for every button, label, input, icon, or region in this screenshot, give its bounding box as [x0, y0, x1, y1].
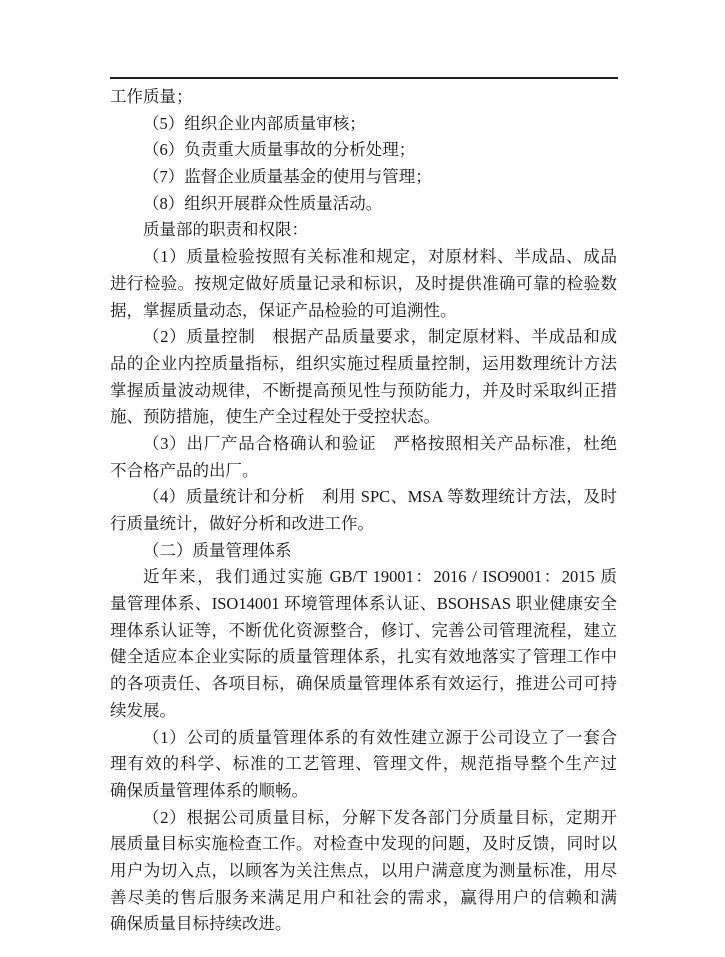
text-line: 掌握质量波动规律，不断提高预见性与预防能力，并及时采取纠正措	[110, 378, 617, 405]
text-line: （7）监督企业质量基金的使用与管理；	[110, 164, 617, 191]
text-line: （1）公司的质量管理体系的有效性建立源于公司设立了一套合	[110, 725, 617, 752]
text-line: 施、预防措施，使生产全过程处于受控状态。	[110, 404, 617, 431]
text-line: （3）出厂产品合格确认和验证 严格按照相关产品标准，杜绝	[110, 431, 617, 458]
text-line: （8）组织开展群众性质量活动。	[110, 191, 617, 218]
document-page: 工作质量；（5）组织企业内部质量审核；（6）负责重大质量事故的分析处理；（7）监…	[0, 0, 725, 957]
text-line: 进行检验。按规定做好质量记录和标识，及时提供准确可靠的检验数	[110, 271, 617, 298]
header-rule	[110, 77, 618, 79]
text-line: 用户为切入点，以顾客为关注焦点，以用户满意度为测量标准，用尽	[110, 858, 617, 885]
text-line: 品的企业内控质量指标，组织实施过程质量控制，运用数理统计方法	[110, 351, 617, 378]
text-line: 近年来，我们通过实施 GB/T 19001：2016 / ISO9001：201…	[110, 564, 617, 591]
text-line: （2）质量控制 根据产品质量要求，制定原材料、半成品和成	[110, 324, 617, 351]
text-line: 行质量统计，做好分析和改进工作。	[110, 511, 617, 538]
page-header	[110, 0, 617, 77]
text-line: （2）根据公司质量目标，分解下发各部门分质量目标，定期开	[110, 805, 617, 832]
text-line: 确保质量管理体系的顺畅。	[110, 778, 617, 805]
text-line: 量管理体系、ISO14001 环境管理体系认证、BSOHSAS 职业健康安全管	[110, 591, 617, 618]
text-line: 不合格产品的出厂。	[110, 458, 617, 485]
text-line: 理有效的科学、标准的工艺管理、管理文件，规范指导整个生产过程，	[110, 751, 617, 778]
text-line: 的各项责任、各项目标，确保质量管理体系有效运行，推进公司可持	[110, 671, 617, 698]
text-line: （5）组织企业内部质量审核；	[110, 111, 617, 138]
text-line: 工作质量；	[110, 84, 617, 111]
text-line: 健全适应本企业实际的质量管理体系，扎实有效地落实了管理工作中	[110, 644, 617, 671]
text-line: 续发展。	[110, 698, 617, 725]
text-line: 理体系认证等，不断优化资源整合，修订、完善公司管理流程，建立	[110, 618, 617, 645]
text-line: （6）负责重大质量事故的分析处理；	[110, 137, 617, 164]
text-line: 确保质量目标持续改进。	[110, 911, 617, 938]
text-line: 善尽美的售后服务来满足用户和社会的需求，赢得用户的信赖和满意，	[110, 885, 617, 912]
text-line: （4）质量统计和分析 利用 SPC、MSA 等数理统计方法，及时进	[110, 484, 617, 511]
text-line: 据，掌握质量动态，保证产品检验的可追溯性。	[110, 298, 617, 325]
text-line: （二）质量管理体系	[110, 538, 617, 565]
text-line: 展质量目标实施检查工作。对检查中发现的问题，及时反馈，同时以	[110, 831, 617, 858]
document-body: 工作质量；（5）组织企业内部质量审核；（6）负责重大质量事故的分析处理；（7）监…	[110, 84, 617, 938]
text-line: （1）质量检验按照有关标准和规定，对原材料、半成品、成品	[110, 244, 617, 271]
text-line: 质量部的职责和权限：	[110, 217, 617, 244]
